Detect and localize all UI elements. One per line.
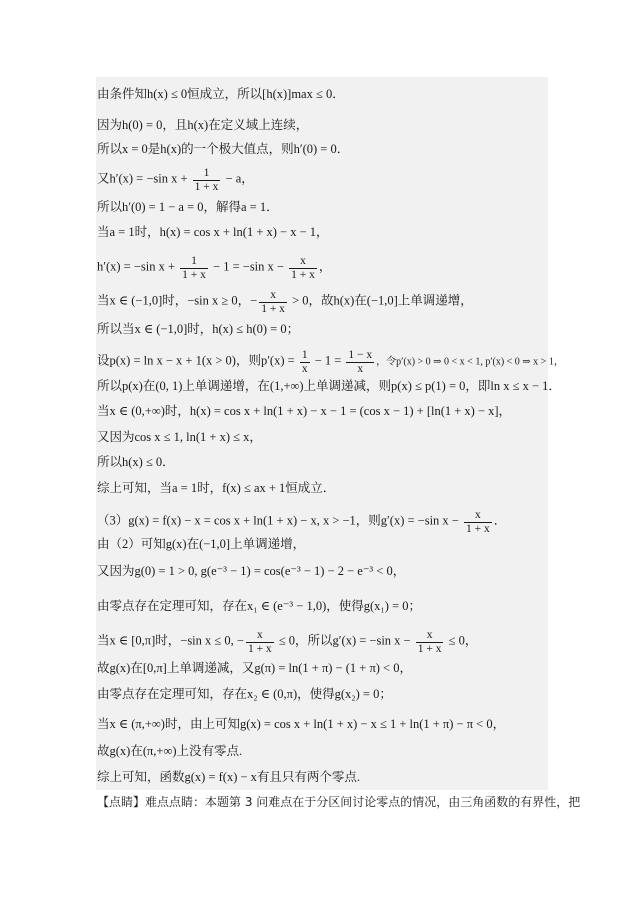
text-line: 所以x = 0是h(x)的一个极大值点，则h′(0) = 0．	[97, 141, 349, 157]
denominator: 1 + x	[416, 643, 444, 656]
text-line: 由零点存在定理可知，存在x₁ ∈ (e⁻³ − 1,0)，使得g(x₁) = 0…	[97, 598, 421, 614]
numerator: 1	[193, 167, 221, 181]
text-line: 所以p(x)在(0, 1)上单调递增，在(1,+∞)上单调递减，则p(x) ≤ …	[97, 378, 561, 394]
text-line: 故g(x)在(π,+∞)上没有零点.	[97, 743, 242, 759]
text-line: 所以h(x) ≤ 0．	[97, 454, 175, 470]
note-text: 难点点睛：本题第 3 问难点在于分区间讨论零点的情况，由三角函数的有界性，把	[145, 795, 580, 809]
numerator: 1	[180, 255, 208, 269]
text-segment: ≤ 0，所以g′(x) = −sin x −	[276, 633, 414, 647]
denominator: 1 + x	[180, 269, 208, 282]
numerator: 1 − x	[346, 349, 374, 363]
denominator: 1 + x	[246, 643, 274, 656]
text-segment: 设p(x) = ln x − x + 1(x > 0)，则p′(x) =	[97, 353, 298, 367]
denominator: 1 + x	[193, 181, 221, 194]
text-line: 当x ∈ (−1,0]时，−sin x ≥ 0，−x1 + x > 0，故h(x…	[97, 288, 473, 315]
fraction: x1 + x	[246, 629, 274, 656]
fraction: x1 + x	[416, 629, 444, 656]
text-line: h′(x) = −sin x + 11 + x − 1 = −sin x − x…	[97, 254, 331, 281]
text-segment: − 1 =	[312, 353, 345, 367]
denominator: x	[346, 363, 374, 376]
fraction: 1 − xx	[346, 349, 374, 376]
text-line: 综上可知，函数g(x) = f(x) − x有且只有两个零点.	[97, 769, 360, 785]
denominator: 1 + x	[289, 269, 317, 282]
fraction: 1x	[300, 349, 310, 376]
text-segment: 又h′(x) = −sin x +	[97, 171, 191, 185]
text-line: 当a = 1时，h(x) = cos x + ln(1 + x) − x − 1…	[97, 224, 329, 240]
text-segment: 当x ∈ (−1,0]时，−sin x ≥ 0，−	[97, 293, 257, 307]
denominator: x	[300, 363, 310, 376]
numerator: x	[289, 255, 317, 269]
text-line: 由零点存在定理可知，存在x₂ ∈ (0,π)，使得g(x₂) = 0；	[97, 686, 392, 702]
fraction: x1 + x	[259, 289, 287, 316]
key-point-note: 【点睛】难点点睛：本题第 3 问难点在于分区间讨论零点的情况，由三角函数的有界性…	[97, 794, 580, 810]
fraction: x1 + x	[289, 255, 317, 282]
text-segment: ≤ 0，	[445, 633, 477, 647]
text-line: 由（2）可知g(x)在(−1,0]上单调递增，	[97, 536, 305, 552]
text-line: 又因为cos x ≤ 1, ln(1 + x) ≤ x，	[97, 429, 262, 445]
text-segment: ，	[319, 259, 332, 273]
text-line: 由条件知h(x) ≤ 0恒成立，所以[h(x)]max ≤ 0．	[97, 86, 345, 102]
fraction: 11 + x	[180, 255, 208, 282]
fraction: x1 + x	[464, 509, 492, 536]
text-line: 因为h(0) = 0，且h(x)在定义域上连续，	[97, 117, 308, 133]
text-line: 当x ∈ [0,π]时，−sin x ≤ 0, −x1 + x ≤ 0，所以g′…	[97, 628, 477, 655]
text-segment: （3）g(x) = f(x) − x = cos x + ln(1 + x) −…	[97, 513, 462, 527]
text-segment: − a，	[222, 171, 253, 185]
text-segment: ，令p′(x) > 0 ⇒ 0 < x < 1, p′(x) < 0 ⇒ x >…	[376, 356, 564, 367]
text-line: 当x ∈ (0,+∞)时，h(x) = cos x + ln(1 + x) − …	[97, 403, 511, 419]
denominator: 1 + x	[259, 303, 287, 316]
text-line: 设p(x) = ln x − x + 1(x > 0)，则p′(x) = 1x …	[97, 348, 564, 375]
fraction: 11 + x	[193, 167, 221, 194]
note-tag: 【点睛】	[97, 795, 145, 809]
text-line: 当x ∈ (π,+∞)时，由上可知g(x) = cos x + ln(1 + x…	[97, 716, 505, 732]
text-line: 所以h′(0) = 1 − a = 0，解得a = 1．	[97, 199, 279, 215]
numerator: x	[416, 629, 444, 643]
text-segment: − 1 = −sin x −	[210, 259, 287, 273]
text-segment: ．	[494, 513, 507, 527]
text-line: 又因为g(0) = 1 > 0, g(e⁻³ − 1) = cos(e⁻³ − …	[97, 563, 405, 579]
text-segment: 当x ∈ [0,π]时，−sin x ≤ 0, −	[97, 633, 244, 647]
numerator: x	[464, 509, 492, 523]
numerator: x	[259, 289, 287, 303]
text-line: 又h′(x) = −sin x + 11 + x − a，	[97, 166, 254, 193]
text-segment: h′(x) = −sin x +	[97, 259, 178, 273]
text-line: 所以当x ∈ (−1,0]时，h(x) ≤ h(0) = 0；	[97, 321, 299, 337]
text-line: （3）g(x) = f(x) − x = cos x + ln(1 + x) −…	[97, 508, 506, 535]
numerator: 1	[300, 349, 310, 363]
text-segment: > 0，故h(x)在(−1,0]上单调递增，	[289, 293, 473, 307]
denominator: 1 + x	[464, 523, 492, 536]
numerator: x	[246, 629, 274, 643]
text-line: 综上可知，当a = 1时，f(x) ≤ ax + 1恒成立．	[97, 480, 335, 496]
text-line: 故g(x)在[0,π]上单调递减，又g(π) = ln(1 + π) − (1 …	[97, 660, 412, 676]
